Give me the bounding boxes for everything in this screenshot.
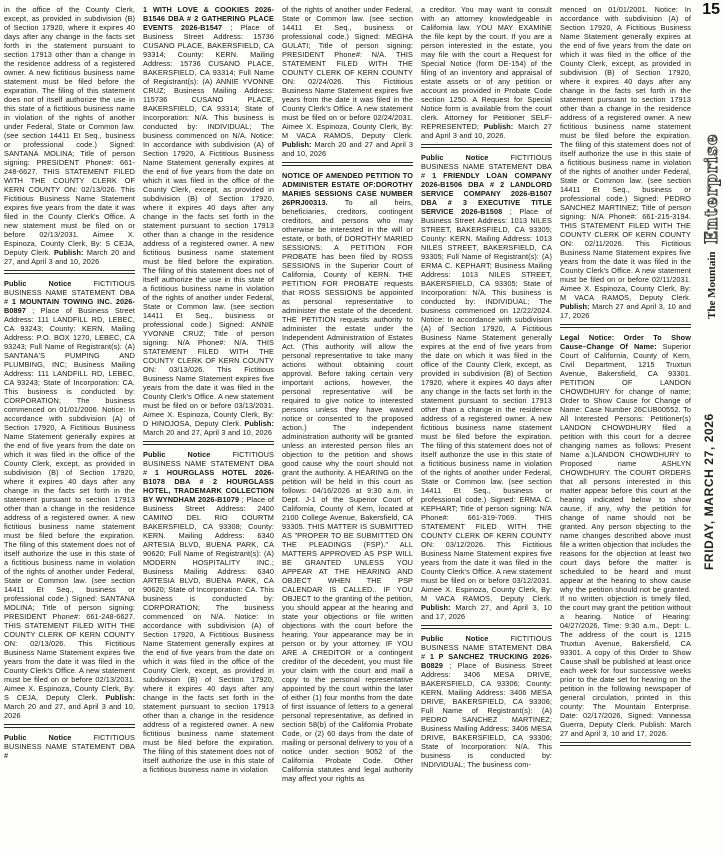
masthead-title: Enterprise bbox=[702, 133, 722, 244]
notice-heading-text: Public Notice bbox=[421, 153, 488, 162]
notice-body-text: a creditor. You may want to consult with… bbox=[421, 5, 552, 131]
news-column: of the rights of another under Federal, … bbox=[282, 5, 413, 785]
legal-notice: Public Notice FICTITIOUS BUSINESS NAME S… bbox=[4, 733, 135, 760]
notice-heading-text: Public Notice bbox=[4, 279, 71, 288]
page-number: 15 bbox=[702, 1, 720, 19]
notice-heading-text: Public Notice bbox=[4, 733, 71, 742]
notice-divider bbox=[282, 162, 413, 166]
legal-notice: Public Notice FICTITIOUS BUSINESS NAME S… bbox=[143, 450, 274, 774]
notice-body-text: menced on 01/01/2001. Notice: In accorda… bbox=[560, 5, 691, 302]
notice-heading-text: Publish: bbox=[54, 248, 84, 257]
legal-notice: in the office of the County Clerk, excep… bbox=[4, 5, 135, 266]
notice-divider bbox=[560, 324, 691, 328]
notice-divider bbox=[4, 270, 135, 274]
date-line: FRIDAY, MARCH 27, 2026 bbox=[702, 352, 716, 570]
legal-notice: Public Notice FICTITIOUS BUSINESS NAME S… bbox=[4, 279, 135, 720]
notice-heading-text: Public Notice bbox=[421, 634, 488, 643]
notice-body-text: ; Place of Business Street Address: 1573… bbox=[143, 23, 274, 428]
news-column: menced on 01/01/2001. Notice: In accorda… bbox=[560, 5, 691, 751]
notice-heading-text: Publish: bbox=[421, 603, 451, 612]
legal-notice: 1 WITH LOVE & COOKIES 2026-B1546 DBA # 2… bbox=[143, 5, 274, 437]
notice-heading-text: Publish: bbox=[484, 122, 514, 131]
legal-notice: Legal Notice: Order To Show Cause–Change… bbox=[560, 333, 691, 738]
news-column: 1 WITH LOVE & COOKIES 2026-B1546 DBA # 2… bbox=[143, 5, 274, 776]
notice-heading-text: Publish: bbox=[560, 302, 590, 311]
notice-body-text: To all heirs, beneficiaries, creditors, … bbox=[282, 198, 413, 783]
notice-body-text: Superior Court of California, County of … bbox=[560, 342, 691, 738]
notice-divider bbox=[560, 742, 691, 746]
notice-body-text: March 20 and 27, and April 3 and 10, 202… bbox=[4, 702, 135, 720]
notice-body-text: ; Place of Business Street Address: 2400… bbox=[143, 495, 274, 774]
notice-heading-text: Publish: bbox=[282, 140, 312, 149]
page-sidebar: 15 The Mountain Enterprise FRIDAY, MARCH… bbox=[691, 0, 723, 854]
notice-body-text: ; Place of Business Street Address: 111 … bbox=[4, 306, 135, 702]
notice-body-text: ; Place of Business Street Address: 3406… bbox=[421, 661, 552, 769]
legal-notice: NOTICE OF AMENDED PETITION TO ADMINISTER… bbox=[282, 171, 413, 783]
notice-heading-text: Public Notice bbox=[143, 450, 210, 459]
notice-divider bbox=[421, 625, 552, 629]
notice-heading-text: Publish: bbox=[244, 419, 274, 428]
legal-notice: of the rights of another under Federal, … bbox=[282, 5, 413, 158]
notice-divider bbox=[143, 441, 274, 445]
legal-notices-columns: in the office of the County Clerk, excep… bbox=[4, 5, 692, 785]
newspaper-page: in the office of the County Clerk, excep… bbox=[0, 0, 723, 854]
masthead: The Mountain Enterprise bbox=[702, 124, 722, 319]
legal-notice: menced on 01/01/2001. Notice: In accorda… bbox=[560, 5, 691, 320]
notice-body-text: of the rights of another under Federal, … bbox=[282, 5, 413, 140]
news-column: in the office of the County Clerk, excep… bbox=[4, 5, 135, 762]
notice-body-text: in the office of the County Clerk, excep… bbox=[4, 5, 135, 257]
legal-notice: a creditor. You may want to consult with… bbox=[421, 5, 552, 140]
notice-divider bbox=[421, 144, 552, 148]
notice-heading-text: Publish: bbox=[105, 693, 135, 702]
notice-body-text: March 20 and 27, April 3 and 10, 2026 bbox=[143, 428, 272, 437]
notice-body-text: ; Place of Business Street Address: 1013… bbox=[421, 207, 552, 603]
notice-divider bbox=[4, 724, 135, 728]
news-column: a creditor. You may want to consult with… bbox=[421, 5, 552, 771]
masthead-prefix: The Mountain bbox=[706, 251, 718, 319]
legal-notice: Public Notice FICTITIOUS BUSINESS NAME S… bbox=[421, 634, 552, 769]
legal-notice: Public Notice FICTITIOUS BUSINESS NAME S… bbox=[421, 153, 552, 621]
